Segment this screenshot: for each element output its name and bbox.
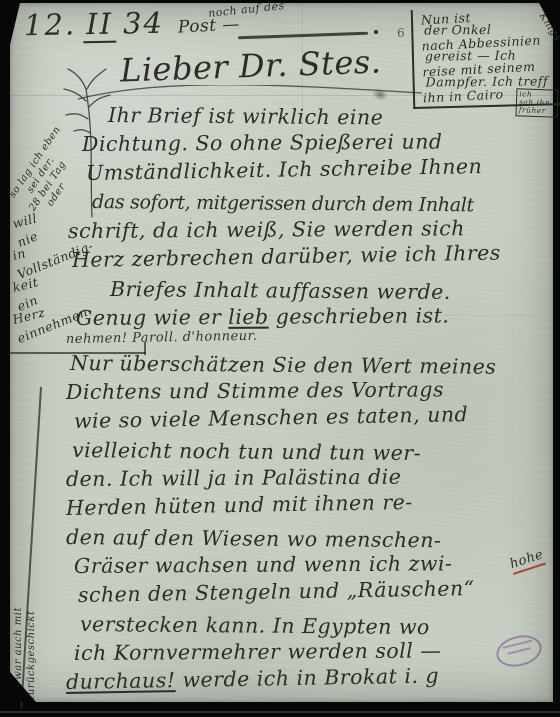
date-day: 12. xyxy=(24,7,77,42)
letter-date: 12.II34 xyxy=(24,6,165,42)
scan-bottom-edge-line xyxy=(0,711,560,713)
marginalia-bottom-left-rotated: Ich war auch mitzurückgeschickt xyxy=(12,411,38,701)
pen-dot xyxy=(374,30,378,34)
salutation: Lieber Dr. Stes. xyxy=(119,42,382,89)
marginalia-line: zurückgeschickt xyxy=(25,411,38,701)
date-year: 34 xyxy=(123,6,164,41)
scanned-letter: 12.II34 noch auf des Post — 6 Nun istder… xyxy=(0,0,560,717)
marginalia-left-words: willnieinVollständig-keiteinHerzeinnehme… xyxy=(12,209,72,337)
marginalia-line: Ich war auch mit xyxy=(12,411,25,701)
folio-number: 6 xyxy=(397,26,405,40)
top-insertion-word: Post — xyxy=(178,14,241,37)
letter-page: 12.II34 noch auf des Post — 6 Nun istder… xyxy=(10,3,553,702)
date-month-roman: II xyxy=(83,7,117,44)
letter-body: Ihr Brief ist wirklich eineDichtung. So … xyxy=(66,101,560,697)
